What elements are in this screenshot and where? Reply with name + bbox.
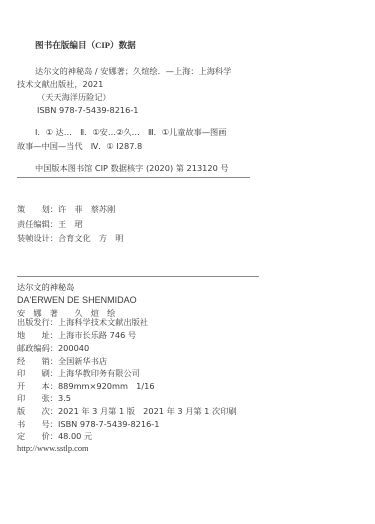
colophon-row-printer: 印 刷：上海华教印务有限公司 [17,368,140,378]
cip-heading-cn: 图书在版编目（ [35,41,95,51]
cip-isbn: ISBN 978-7-5439-8216-1 [37,105,139,115]
row-label: 邮政编码： [17,343,58,353]
row-label: 印 刷： [17,368,58,378]
row-label: 书 号： [17,419,58,429]
cip-subject-line2: 故事—中国—当代 Ⅳ．① I287.8 [17,141,142,151]
row-value: ISBN 978-7-5439-8216-1 [58,419,160,429]
credit-value: 许 菲 蔡苏刚 [58,204,115,214]
colophon-divider [17,276,259,277]
colophon-row-distributor: 经 销：全国新华书店 [17,356,107,366]
cip-verification: 中国版本图书馆 CIP 数据核字 (2020) 第 213120 号 [35,163,229,173]
cip-divider [17,177,250,178]
colophon-row-price: 定 价：48.00 元 [17,431,92,441]
book-title-pinyin: DA'ERWEN DE SHENMIDAO [17,295,137,305]
cip-heading-latin: CIP [95,40,110,50]
row-value: 3.5 [58,393,71,403]
cip-entry-line2: 技术文献出版社，2021 [17,79,103,89]
cip-series: （天天海洋历险记） [37,92,111,102]
credit-label: 策 划： [17,204,58,214]
colophon-row-isbn: 书 号：ISBN 978-7-5439-8216-1 [17,419,159,429]
colophon-row-edition: 版 次：2021 年 3 月第 1 版 2021 年 3 月第 1 次印刷 [17,406,237,416]
colophon-row-address: 地 址：上海市长乐路 746 号 [17,330,136,340]
row-value: 全国新华书店 [58,356,107,366]
row-label: 经 销： [17,356,58,366]
row-value: 200040 [58,343,89,353]
book-title-cn: 达尔文的神秘岛 [17,282,74,292]
credit-editor: 责任编辑：王 珺 [17,219,83,229]
row-label: 开 本： [17,381,58,391]
credit-label: 责任编辑： [17,219,58,229]
cip-heading: 图书在版编目（CIP）数据 [35,40,136,51]
row-value: 48.00 元 [58,431,92,441]
credit-label: 装帧设计： [17,233,58,243]
credit-planning: 策 划：许 菲 蔡苏刚 [17,204,115,214]
colophon-row-postcode: 邮政编码：200040 [17,343,89,353]
credit-value: 王 珺 [58,219,83,229]
colophon-row-sheets: 印 张：3.5 [17,393,71,403]
colophon-row-publisher: 出版发行：上海科学技术文献出版社 [17,317,148,327]
credit-value: 合育文化 方 明 [58,233,124,243]
row-label: 出版发行： [17,317,58,327]
row-label: 地 址： [17,330,58,340]
row-label: 版 次： [17,406,58,416]
cip-entry-line1: 达尔文的神秘岛 / 安娜著；久煊绘．—上海：上海科学 [17,66,231,76]
row-value: 上海华教印务有限公司 [58,368,140,378]
publisher-url[interactable]: http://www.sstlp.com [17,444,89,454]
row-value: 889mm×920mm 1/16 [58,381,155,391]
row-label: 定 价： [17,431,58,441]
colophon-row-format: 开 本：889mm×920mm 1/16 [17,381,155,391]
row-value: 上海市长乐路 746 号 [58,330,136,340]
row-value: 2021 年 3 月第 1 版 2021 年 3 月第 1 次印刷 [58,406,237,416]
cip-heading-tail: ）数据 [110,41,136,51]
credit-design: 装帧设计：合育文化 方 明 [17,233,123,243]
row-label: 印 张： [17,393,58,403]
cip-subject-line1: Ⅰ．① 达… Ⅱ．①安…②久… Ⅲ．①儿童故事—图画 [17,127,226,137]
row-value: 上海科学技术文献出版社 [58,317,148,327]
